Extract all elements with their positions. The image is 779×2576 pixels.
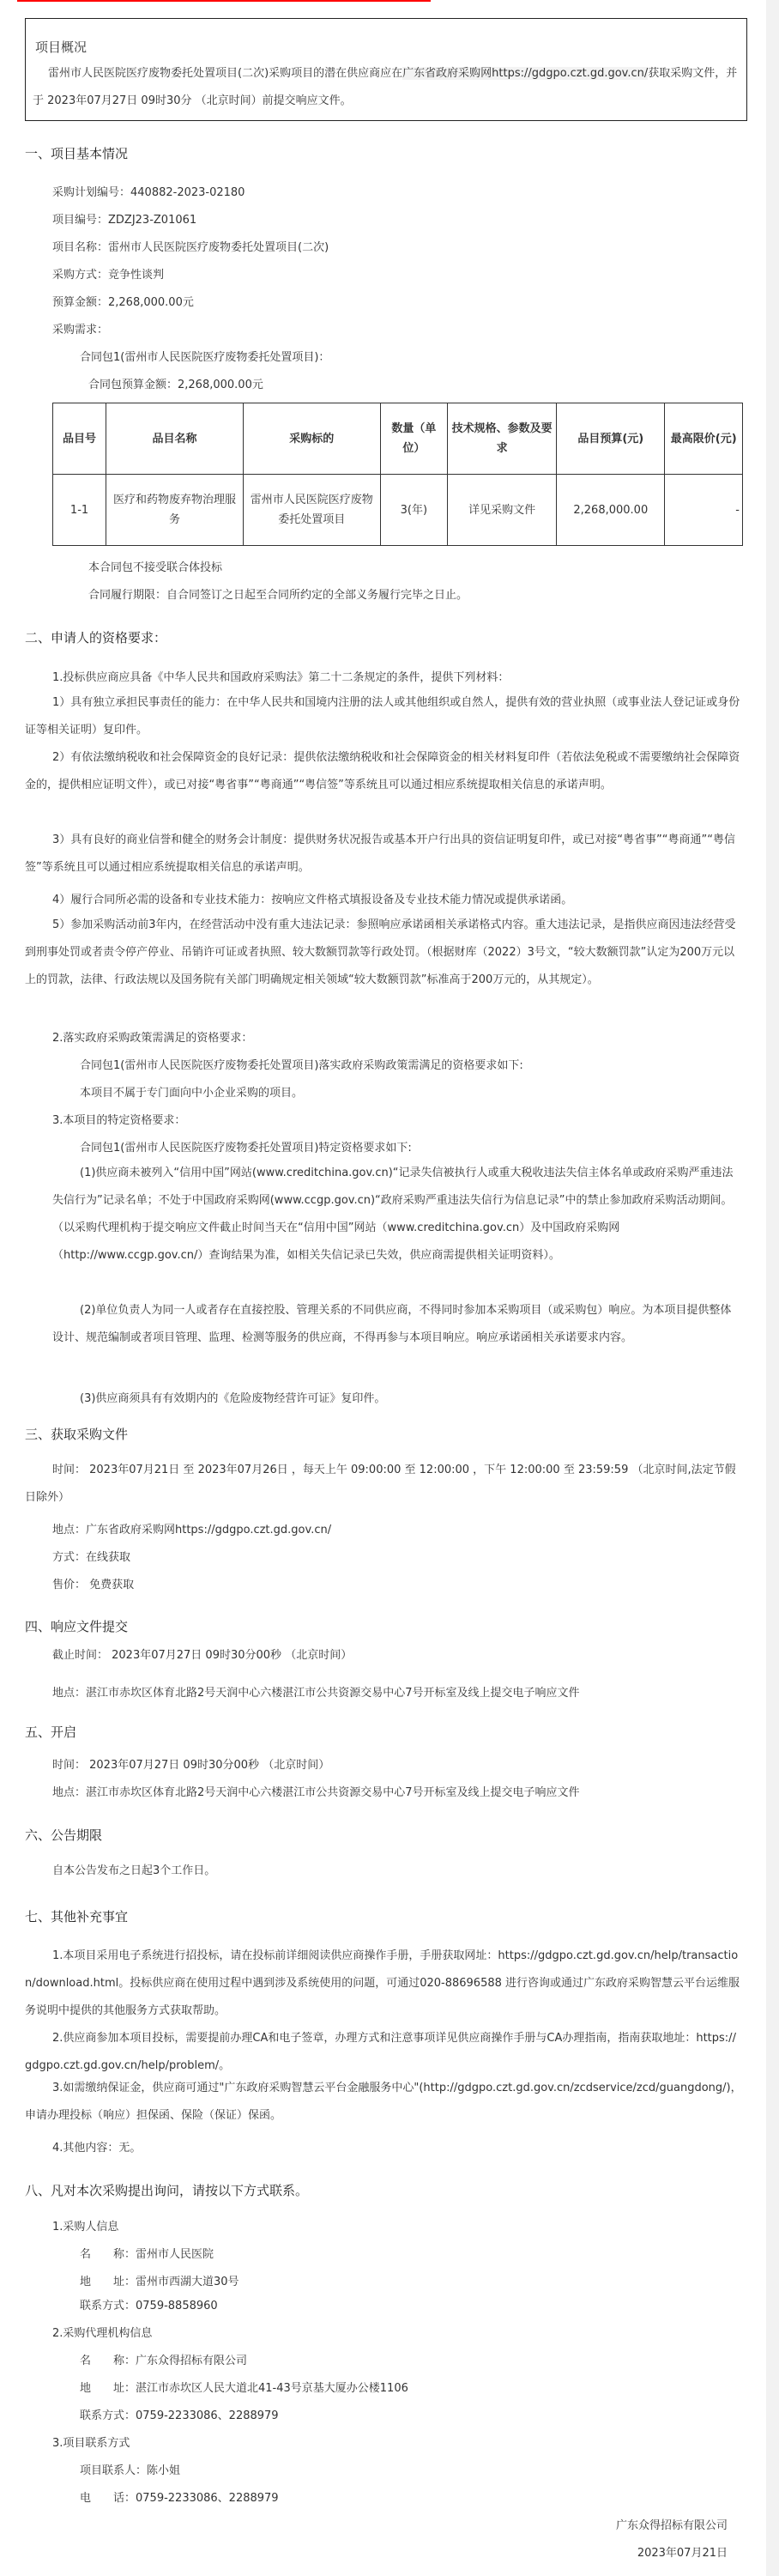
qual-item-2-package: 合同包1(雷州市人民医院医疗废物委托处置项目)落实政府采购政策需满足的资格要求如…	[80, 1056, 523, 1072]
qual-item-2-text: 本项目不属于专门面向中小企业采购的项目。	[80, 1083, 303, 1100]
purchaser-name: 名 称：雷州市人民医院	[80, 2245, 214, 2261]
qual-item-3-3: (3)供应商须具有有效期内的《危险废物经营许可证》复印件。	[80, 1389, 385, 1405]
submit-deadline: 截止时间： 2023年07月27日 09时30分00秒 （北京时间）	[52, 1646, 352, 1662]
qual-item-1: 1.投标供应商应具备《中华人民共和国政府采购法》第二十二条规定的条件，提供下列材…	[52, 668, 509, 684]
opening-place: 地点：湛江市赤坎区体育北路2号天润中心六楼湛江市公共资源交易中心7号开标室及线上…	[52, 1783, 580, 1799]
cell-spec: 详见采购文件	[448, 475, 557, 546]
procurement-method: 采购方式：竞争性谈判	[52, 265, 164, 282]
supplement-item-3: 3.如需缴纳保证金，供应商可通过"广东政府采购智慧云平台金融服务中心"(http…	[25, 2075, 742, 2130]
section7-heading: 七、其他补充事宜	[25, 1907, 128, 1925]
qual-item-1-3: 3）具有良好的商业信誉和健全的财务会计制度：提供财务状况报告或基本开户行出具的资…	[25, 827, 742, 882]
notice-period: 自本公告发布之日起3个工作日。	[52, 1861, 215, 1877]
opening-time: 时间： 2023年07月27日 09时30分00秒 （北京时间）	[52, 1755, 329, 1772]
budget-amount: 预算金额：2,268,000.00元	[52, 293, 194, 309]
overview-title: 项目概况	[35, 38, 87, 56]
contract-period: 合同履行期限：自合同签订之日起至合同所约定的全部义务履行完毕之日止。	[88, 585, 468, 602]
agency-info-title: 2.采购代理机构信息	[52, 2324, 152, 2340]
overview-text-pre: 雷州市人民医院医疗废物委托处置项目(二次)采购项目的潜在供应商应在	[48, 67, 402, 80]
purchaser-address: 地 址：雷州市西湖大道30号	[80, 2272, 239, 2288]
cell-max-price: -	[665, 475, 743, 546]
section3-heading: 三、获取采购文件	[25, 1425, 128, 1443]
qual-item-3: 3.本项目的特定资格要求：	[52, 1111, 185, 1127]
supplement-item-1: 1.本项目采用电子系统进行招投标，请在投标前详细阅读供应商操作手册，手册获取网址…	[25, 1943, 742, 2025]
obtain-place[interactable]: 地点：广东省政府采购网https://gdgpo.czt.gd.gov.cn/	[52, 1520, 331, 1537]
agency-address: 地 址：湛江市赤坎区人民大道北41-43号京基大厦办公楼1106	[80, 2379, 408, 2395]
qual-item-1-2: 2）有依法缴纳税收和社会保障资金的良好记录：提供依法缴纳税收和社会保障资金的相关…	[25, 744, 742, 799]
th-item-name: 品目名称	[106, 403, 244, 475]
obtain-price: 售价： 免费获取	[52, 1575, 134, 1591]
package-budget: 合同包预算金额：2,268,000.00元	[88, 375, 263, 391]
th-subject: 采购标的	[243, 403, 380, 475]
cell-subject: 雷州市人民医院医疗废物委托处置项目	[243, 475, 380, 546]
section1-heading: 一、项目基本情况	[25, 144, 128, 162]
qual-item-2: 2.落实政府采购政策需满足的资格要求：	[52, 1028, 252, 1045]
th-budget: 品目预算(元)	[557, 403, 665, 475]
footer-company: 广东众得招标有限公司	[616, 2516, 728, 2532]
project-contact-person: 项目联系人：陈小姐	[80, 2461, 180, 2477]
qual-item-3-2: (2)单位负责人为同一人或者存在直接控股、管理关系的不同供应商，不得同时参加本采…	[52, 1297, 742, 1352]
no-consortium-note: 本合同包不接受联合体投标	[88, 558, 222, 574]
cell-item-no: 1-1	[53, 475, 106, 546]
purchaser-contact: 联系方式：0759-8858960	[80, 2296, 218, 2312]
section4-heading: 四、响应文件提交	[25, 1617, 128, 1635]
qual-item-1-5: 5）参加采购活动前3年内，在经营活动中没有重大违法记录：参照响应承诺函相关承诺格…	[25, 912, 742, 994]
th-spec: 技术规格、参数及要求	[448, 403, 557, 475]
project-number: 项目编号：ZDZJ23-Z01061	[52, 210, 196, 227]
project-name: 项目名称：雷州市人民医院医疗废物委托处置项目(二次)	[52, 238, 329, 254]
footer-date: 2023年07月21日	[637, 2543, 728, 2560]
overview-text: 雷州市人民医院医疗废物委托处置项目(二次)采购项目的潜在供应商应在广东省政府采购…	[33, 60, 741, 115]
cell-quantity: 3(年)	[380, 475, 447, 546]
obtain-time: 时间： 2023年07月21日 至 2023年07月26日 ，每天上午 09:0…	[25, 1457, 742, 1512]
overview-site-link[interactable]: 广东省政府采购网https://gdgpo.czt.gd.gov.cn/	[402, 67, 648, 80]
supplement-item-2: 2.供应商参加本项目投标，需要提前办理CA和电子签章，办理方式和注意事项详见供应…	[25, 2025, 742, 2080]
purchaser-info-title: 1.采购人信息	[52, 2217, 118, 2234]
obtain-mode: 方式：在线获取	[52, 1548, 130, 1564]
submit-place: 地点：湛江市赤坎区体育北路2号天润中心六楼湛江市公共资源交易中心7号开标室及线上…	[52, 1683, 580, 1700]
qual-item-3-1: (1)供应商未被列入“信用中国”网站(www.creditchina.gov.c…	[52, 1160, 742, 1270]
agency-name: 名 称：广东众得招标有限公司	[80, 2351, 247, 2367]
plan-number: 采购计划编号：440882-2023-02180	[52, 183, 245, 199]
section2-heading: 二、申请人的资格要求：	[25, 628, 166, 646]
qual-item-1-1: 1）具有独立承担民事责任的能力：在中华人民共和国境内注册的法人或其他组织或自然人…	[25, 689, 742, 744]
section6-heading: 六、公告期限	[25, 1826, 102, 1844]
th-item-no: 品目号	[53, 403, 106, 475]
table-row: 1-1 医疗和药物废弃物治理服务 雷州市人民医院医疗废物委托处置项目 3(年) …	[53, 475, 743, 546]
vertical-scrollbar[interactable]	[766, 0, 779, 2576]
top-red-rule	[17, 0, 431, 2]
agency-contact: 联系方式：0759-2233086、2288979	[80, 2406, 279, 2422]
procurement-requirement: 采购需求：	[52, 320, 108, 336]
section8-heading: 八、凡对本次采购提出询问，请按以下方式联系。	[25, 2181, 308, 2199]
table-header-row: 品目号 品目名称 采购标的 数量（单位） 技术规格、参数及要求 品目预算(元) …	[53, 403, 743, 475]
qual-item-1-4: 4）履行合同所必需的设备和专业技术能力：按响应文件格式填报设备及专业技术能力情况…	[52, 890, 572, 906]
project-overview-box: 项目概况 雷州市人民医院医疗废物委托处置项目(二次)采购项目的潜在供应商应在广东…	[25, 18, 747, 121]
cell-item-name: 医疗和药物废弃物治理服务	[106, 475, 244, 546]
th-max-price: 最高限价(元)	[665, 403, 743, 475]
th-quantity: 数量（单位）	[380, 403, 447, 475]
cell-budget: 2,268,000.00	[557, 475, 665, 546]
qual-item-3-package: 合同包1(雷州市人民医院医疗废物委托处置项目)特定资格要求如下:	[80, 1138, 412, 1155]
contract-package: 合同包1(雷州市人民医院医疗废物委托处置项目)：	[80, 348, 329, 364]
project-contact-title: 3.项目联系方式	[52, 2434, 130, 2450]
items-table: 品目号 品目名称 采购标的 数量（单位） 技术规格、参数及要求 品目预算(元) …	[52, 403, 743, 546]
section5-heading: 五、开启	[25, 1723, 76, 1741]
project-contact-phone: 电 话：0759-2233086、2288979	[80, 2488, 279, 2505]
supplement-item-4: 4.其他内容：无。	[52, 2138, 141, 2155]
